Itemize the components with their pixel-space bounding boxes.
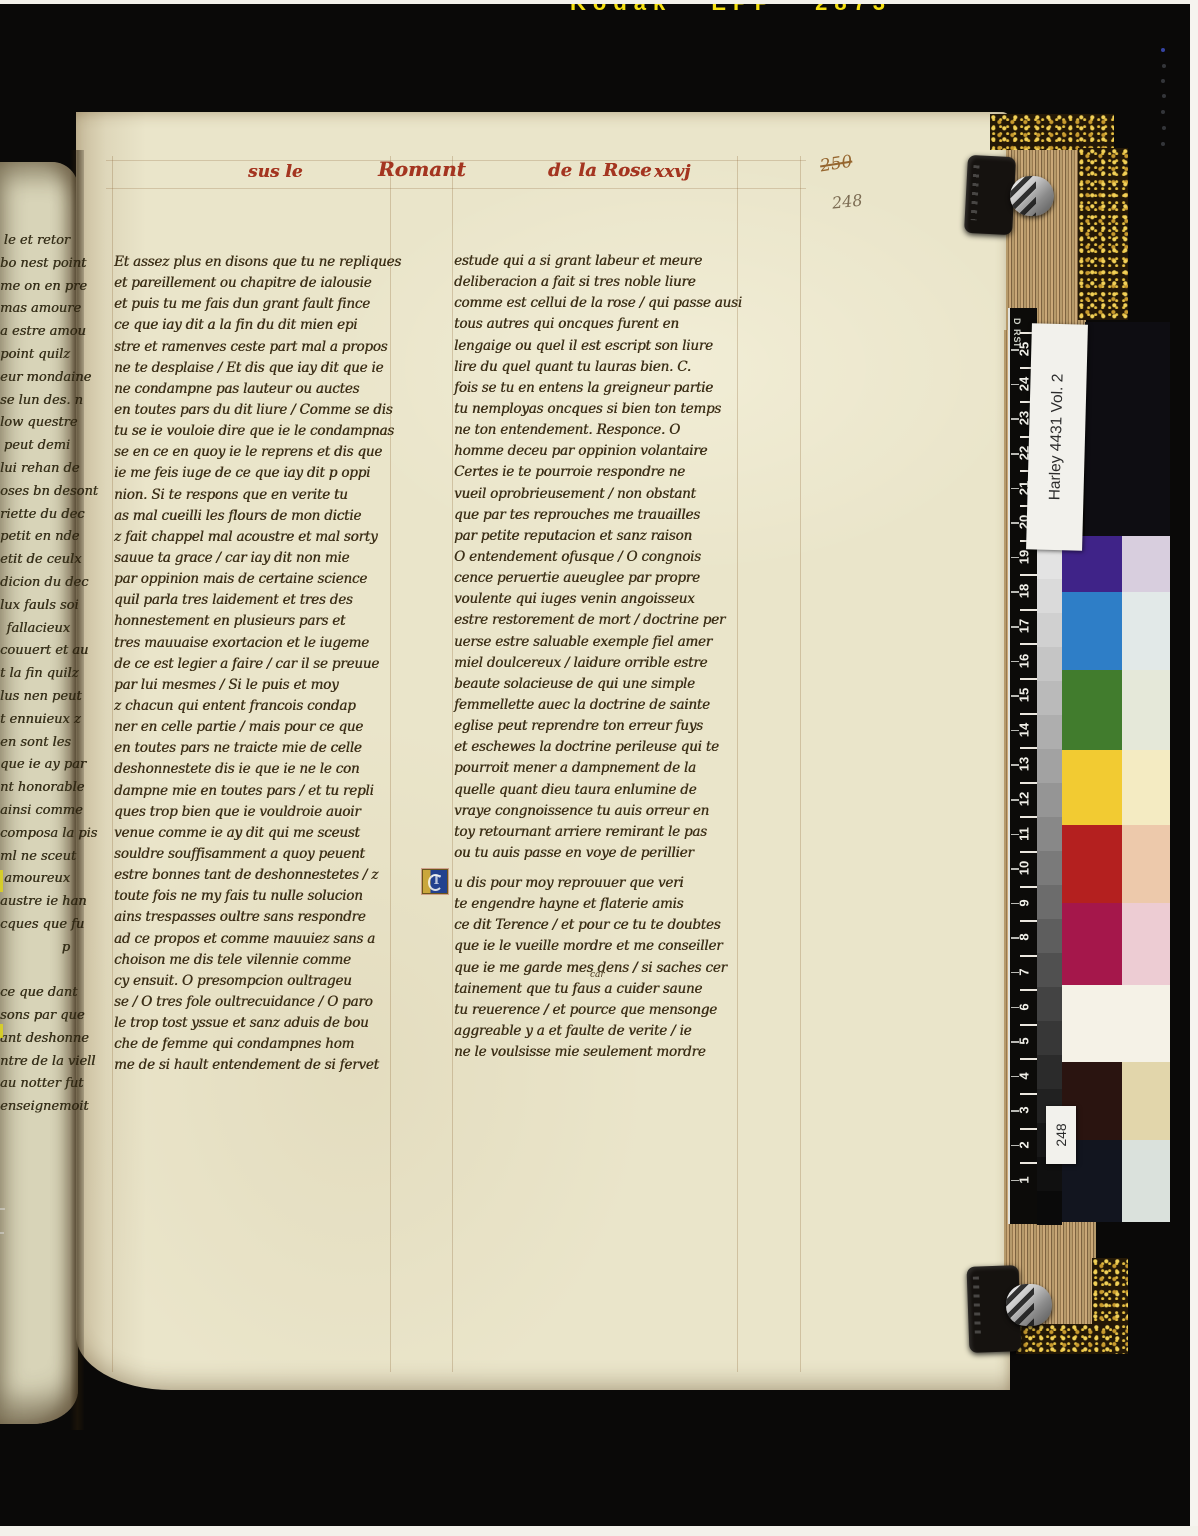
- manuscript-text-line: te engendre hayne et flaterie amis: [454, 894, 740, 915]
- manuscript-text-line: ad ce propos et comme mauuiez sans a: [114, 929, 396, 950]
- grayscale-step: [1037, 817, 1062, 851]
- grayscale-step: [1037, 783, 1062, 817]
- grayscale-step: [1037, 1191, 1062, 1225]
- color-patch-saturated: [1062, 985, 1122, 1062]
- manuscript-text-line: se en ce en quoy ie le reprens et dis qu…: [114, 442, 396, 463]
- manuscript-text-line: [0, 960, 70, 983]
- manuscript-text-line: me on en pre: [0, 276, 70, 299]
- manuscript-text-line: bo nest point: [0, 253, 70, 276]
- manuscript-text-line: par lui mesmes / Si le puis et moy: [114, 675, 396, 696]
- manuscript-text-line: fallacieux: [0, 618, 70, 641]
- edge-tab-sliver: [0, 1024, 3, 1038]
- gilded-top-edge: [990, 114, 1114, 150]
- patch-row: [1062, 1140, 1170, 1222]
- manuscript-text-line: ne condampne pas lauteur ou auctes: [114, 379, 396, 400]
- manuscript-text-line: vraye congnoissence tu auis orreur en: [454, 801, 740, 822]
- ruling-line: [112, 156, 113, 1372]
- ruler-unit: 7: [1010, 955, 1037, 990]
- manuscript-text-line: etit de ceulx: [0, 549, 70, 572]
- shelfmark-text: Harley 4431 Vol. 2: [1046, 373, 1067, 500]
- manuscript-text-line: pourroit mener a dampnement de la: [454, 758, 740, 779]
- ruler-number: 16: [1016, 653, 1031, 667]
- manuscript-text-line: sauue ta grace / car iay dit non mie: [114, 548, 396, 569]
- manuscript-text-line: ce que dant: [0, 982, 70, 1005]
- manuscript-text-line: composa la pis: [0, 823, 70, 846]
- manuscript-text-line: uerse estre saluable exemple fiel amer: [454, 632, 740, 653]
- color-patch-pastel: [1122, 985, 1170, 1062]
- manuscript-text-line: low questre: [0, 412, 70, 435]
- ruler-unit: 11: [1010, 816, 1037, 851]
- manuscript-text-line: cence peruertie aueuglee par propre: [454, 568, 740, 589]
- grayscale-step: [1037, 715, 1062, 749]
- manuscript-text-line: riette du dec: [0, 504, 70, 527]
- ruler-unit: 4: [1010, 1058, 1037, 1093]
- interline-correction: car: [590, 970, 605, 980]
- manuscript-text-line: p: [0, 937, 70, 960]
- ruler-number: 25: [1016, 342, 1031, 356]
- color-patch-pastel: [1122, 750, 1170, 825]
- color-patch-pastel: [1122, 1140, 1170, 1222]
- film-photograph: Kodak EPP 2873 le et retorbo nest pointm…: [0, 0, 1198, 1536]
- grayscale-step: [1037, 885, 1062, 919]
- manuscript-text-line: ie me feis iuge de ce que iay dit p oppi: [114, 463, 396, 484]
- manuscript-text-line: au notter fut: [0, 1073, 70, 1096]
- manuscript-text-line: petit en nde: [0, 526, 70, 549]
- manuscript-text-line: ntre de la viell: [0, 1051, 70, 1074]
- film-edge-mark: [0, 1232, 4, 1234]
- manuscript-text-line: le trop tost yssue et sanz aduis de bou: [114, 1013, 396, 1034]
- manuscript-text-line: dampne mie en toutes pars / et tu repli: [114, 781, 396, 802]
- manuscript-text-line: ant deshonne: [0, 1028, 70, 1051]
- ruler-number: 10: [1016, 861, 1031, 875]
- color-patch-saturated: [1062, 750, 1122, 825]
- manuscript-text-line: che de femme qui condampnes hom: [114, 1034, 396, 1055]
- manuscript-text-line: ainsi comme: [0, 800, 70, 823]
- gilded-side-edge: [1078, 148, 1128, 320]
- running-header-right: de la Rose: [548, 160, 652, 181]
- film-edge-dot: [1161, 79, 1165, 83]
- manuscript-text-line: quil parla tres laidement et tres des: [114, 590, 396, 611]
- ruler-unit: 9: [1010, 886, 1037, 921]
- color-patch-saturated: [1062, 903, 1122, 985]
- ruler-number: 14: [1016, 723, 1031, 737]
- ruling-line: [106, 188, 806, 189]
- manuscript-text-line: a estre amou: [0, 321, 70, 344]
- manuscript-text-line: et pareillement ou chapitre de ialousie: [114, 273, 396, 294]
- film-edge-dot: [1161, 110, 1165, 114]
- ruling-line: [800, 156, 801, 1372]
- ruler-number: 11: [1016, 827, 1031, 841]
- manuscript-text-line: comme est cellui de la rose / qui passe …: [454, 293, 740, 314]
- ruling-line: [452, 156, 453, 1372]
- manuscript-text-line: as mal cueilli les flours de mon dictie: [114, 506, 396, 527]
- manuscript-text-line: par oppinion mais de certaine science: [114, 569, 396, 590]
- color-patch-pastel: [1122, 536, 1170, 592]
- manuscript-text-line: t ennuieux z: [0, 709, 70, 732]
- manuscript-text-line: que ie ay par: [0, 754, 70, 777]
- ruler-number: 12: [1016, 792, 1031, 806]
- manuscript-text-line: u dis pour moy reprouuer que veri: [454, 873, 740, 894]
- manuscript-text-line: estre bonnes tant de deshonnestetes / z: [114, 865, 396, 886]
- color-patch-saturated: [1062, 825, 1122, 903]
- manuscript-text-line: sons par que: [0, 1005, 70, 1028]
- manuscript-text-line: toy retournant arriere remirant le pas: [454, 822, 740, 843]
- manuscript-text-line: tu nemployas oncques si bien ton temps: [454, 399, 740, 420]
- manuscript-page: sus le Romant de la Rose xxvj 250 248 Et…: [76, 112, 1010, 1390]
- manuscript-text-line: par petite reputacion et sanz raison: [454, 526, 740, 547]
- manuscript-text-line: vueil oprobrieusement / non obstant: [454, 484, 740, 505]
- ruler-number: 5: [1016, 1038, 1031, 1045]
- ruler-unit: 15: [1010, 678, 1037, 713]
- gutter-shadow: [70, 150, 84, 1430]
- ruler-unit: 1: [1010, 1162, 1037, 1197]
- film-edge-dot: [1162, 94, 1166, 98]
- manuscript-text-line: z fait chappel mal acoustre et mal sorty: [114, 527, 396, 548]
- manuscript-text-line: deliberacion a fait si tres noble liure: [454, 272, 740, 293]
- film-edge-dot: [1162, 126, 1166, 130]
- manuscript-text-line: deshonnestete dis ie que ie ne le con: [114, 759, 396, 780]
- manuscript-text-line: estre restorement de mort / doctrine per: [454, 610, 740, 631]
- folio-number-struck: 250: [819, 152, 854, 177]
- ruler-unit: 14: [1010, 713, 1037, 748]
- grayscale-step: [1037, 851, 1062, 885]
- text-column-2-paragraph-2: u dis pour moy reprouuer que verite enge…: [454, 873, 740, 1063]
- folio-label-text: 248: [1053, 1123, 1069, 1146]
- manuscript-text-line: Certes ie te pourroie respondre ne: [454, 462, 740, 483]
- manuscript-text-line: tu reuerence / et pource que mensonge: [454, 1000, 740, 1021]
- color-patch-pastel: [1122, 670, 1170, 750]
- manuscript-text-line: tous autres qui oncques furent en: [454, 314, 740, 335]
- manuscript-text-line: t la fin quilz: [0, 663, 70, 686]
- ruler-unit: 8: [1010, 920, 1037, 955]
- manuscript-text-line: toute fois ne my fais tu nulle solucion: [114, 886, 396, 907]
- manuscript-text-line: ner en celle partie / mais pour ce que: [114, 717, 396, 738]
- ruler-unit: 16: [1010, 643, 1037, 678]
- photo-border: [0, 0, 1198, 4]
- page-clip-top: [964, 155, 1016, 235]
- manuscript-text-line: se / O tres fole oultrecuidance / O paro: [114, 992, 396, 1013]
- folio-number: 248: [831, 190, 863, 212]
- manuscript-text-line: ou tu auis passe en voye de perillier: [454, 843, 740, 864]
- manuscript-text-line: souldre souffisamment a quoy peuent: [114, 844, 396, 865]
- ruler-number: 19: [1016, 550, 1031, 564]
- manuscript-text-line: peut demi: [0, 435, 70, 458]
- photo-border: [0, 1526, 1198, 1536]
- manuscript-text-line: ml ne sceut: [0, 846, 70, 869]
- manuscript-text-line: point quilz: [0, 344, 70, 367]
- gilded-bottom-edge: [1016, 1324, 1112, 1354]
- folio-number-label: 248: [1046, 1106, 1076, 1164]
- manuscript-text-line: en toutes pars du dit liure / Comme se d…: [114, 400, 396, 421]
- ruler-number: 24: [1016, 377, 1031, 391]
- manuscript-text-line: et eschewes la doctrine perileuse qui te: [454, 737, 740, 758]
- ruler-unit: 12: [1010, 782, 1037, 817]
- fore-edge-pages: [1006, 120, 1086, 332]
- manuscript-text-line: ne ton entendement. Responce. O: [454, 420, 740, 441]
- manuscript-text-line: en toutes pars ne traicte mie de celle: [114, 738, 396, 759]
- manuscript-text-line: ques trop bien que ie vouldroie auoir: [114, 802, 396, 823]
- ruler-unit: 18: [1010, 574, 1037, 609]
- manuscript-text-line: tu se ie vouloie dire que ie le condampn…: [114, 421, 396, 442]
- ruler-number: 1: [1016, 1176, 1031, 1183]
- manuscript-text-line: voulente qui iuges venin angoisseux: [454, 589, 740, 610]
- manuscript-text-line: oses bn desont: [0, 481, 70, 504]
- manuscript-text-line: lengaige ou quel il est escript son liur…: [454, 336, 740, 357]
- ruler-unit: 13: [1010, 747, 1037, 782]
- manuscript-text-line: z chacun qui entent francois condap: [114, 696, 396, 717]
- manuscript-text-line: que ie le vueille mordre et me conseille…: [454, 936, 740, 957]
- ruler-number: 2: [1016, 1141, 1031, 1148]
- ruler-number: 7: [1016, 968, 1031, 975]
- film-edge-dot: [1161, 142, 1165, 146]
- text-column-1: Et assez plus en disons que tu ne repliq…: [114, 252, 396, 1076]
- manuscript-text-line: que par tes reprouches me trauailles: [454, 505, 740, 526]
- left-page-fragment: le et retorbo nest pointme on en premas …: [0, 230, 70, 1119]
- ruler-unit: 6: [1010, 989, 1037, 1024]
- color-calibration-bar: D RSI 25 24 23 22 21 20 19 18: [1008, 308, 1170, 1224]
- text-column-2: estude qui a si grant labeur et meuredel…: [454, 251, 740, 864]
- color-patch-pastel: [1122, 1062, 1170, 1140]
- manuscript-text-line: couuert et au: [0, 640, 70, 663]
- manuscript-text-line: lux fauls soi: [0, 595, 70, 618]
- manuscript-text-line: eglise peut reprendre ton erreur fuys: [454, 716, 740, 737]
- manuscript-text-line: lire du quel quant tu lauras bien. C.: [454, 357, 740, 378]
- color-patch-pastel: [1122, 903, 1170, 985]
- patch-row: [1062, 903, 1170, 985]
- grayscale-step: [1037, 919, 1062, 953]
- grayscale-step: [1037, 987, 1062, 1021]
- manuscript-text-line: quelle quant dieu taura enlumine de: [454, 780, 740, 801]
- manuscript-text-line: ne te desplaise / Et dis que iay dit que…: [114, 358, 396, 379]
- manuscript-text-line: Et assez plus en disons que tu ne repliq…: [114, 252, 396, 273]
- manuscript-text-line: enseignemoit: [0, 1096, 70, 1119]
- grayscale-step: [1037, 579, 1062, 613]
- manuscript-text-line: O entendement ofusque / O congnois: [454, 547, 740, 568]
- ruler-unit: 17: [1010, 609, 1037, 644]
- manuscript-text-line: nion. Si te respons que en verite tu: [114, 485, 396, 506]
- manuscript-text-line: et puis tu me fais dun grant fault fince: [114, 294, 396, 315]
- running-header-title: Romant: [378, 157, 466, 181]
- ruler-number: 6: [1016, 1003, 1031, 1010]
- manuscript-text-line: aggreable y a et faulte de verite / ie: [454, 1021, 740, 1042]
- manuscript-text-line: choison me dis tele vilennie comme: [114, 950, 396, 971]
- manuscript-text-line: ne le voulsisse mie seulement mordre: [454, 1042, 740, 1063]
- grayscale-step: [1037, 1021, 1062, 1055]
- grayscale-step: [1037, 613, 1062, 647]
- film-edge-mark: [0, 1208, 5, 1210]
- manuscript-text-line: ains trespasses oultre sans respondre: [114, 907, 396, 928]
- manuscript-text-line: estude qui a si grant labeur et meure: [454, 251, 740, 272]
- manuscript-text-line: cy ensuit. O presompcion oultrageu: [114, 971, 396, 992]
- patch-row: [1062, 670, 1170, 750]
- film-edge-dot: [1161, 48, 1165, 52]
- patch-row: [1062, 1062, 1170, 1140]
- manuscript-text-line: en sont les: [0, 732, 70, 755]
- manuscript-text-line: se lun des. n: [0, 390, 70, 413]
- grayscale-step: [1037, 681, 1062, 715]
- manuscript-text-line: lus nen peut: [0, 686, 70, 709]
- grayscale-step: [1037, 953, 1062, 987]
- black-reference-patch: [1085, 322, 1170, 536]
- manuscript-text-line: homme deceu par oppinion volantaire: [454, 441, 740, 462]
- color-patch-saturated: [1062, 670, 1122, 750]
- patch-row: [1062, 592, 1170, 670]
- color-patch-saturated: [1062, 592, 1122, 670]
- clip-roller-bottom: [1006, 1284, 1052, 1326]
- patch-row: [1062, 985, 1170, 1062]
- manuscript-text-line: venue comme ie ay dit qui me sceust: [114, 823, 396, 844]
- manuscript-text-line: nt honorable: [0, 777, 70, 800]
- grayscale-step: [1037, 749, 1062, 783]
- ruler-unit: 2: [1010, 1128, 1037, 1163]
- shelfmark-label: Harley 4431 Vol. 2: [1026, 323, 1088, 550]
- illuminated-initial: T: [422, 869, 448, 894]
- patch-row: [1062, 825, 1170, 903]
- manuscript-text-line: lui rehan de: [0, 458, 70, 481]
- manuscript-text-line: cques que fu: [0, 914, 70, 937]
- manuscript-text-line: me de si hault entendement de si fervet: [114, 1055, 396, 1076]
- photo-border: [1190, 0, 1198, 1536]
- manuscript-text-line: le et retor: [0, 230, 70, 253]
- ruler-number: 18: [1016, 584, 1031, 598]
- manuscript-text-line: beaute solacieuse de qui une simple: [454, 674, 740, 695]
- manuscript-text-line: ce que iay dit a la fin du dit mien epi: [114, 315, 396, 336]
- manuscript-text-line: stre et ramenves ceste part mal a propos: [114, 337, 396, 358]
- manuscript-text-line: tainement que tu faus a cuider saune: [454, 979, 740, 1000]
- ruler-unit: 10: [1010, 851, 1037, 886]
- manuscript-text-line: femmellette auec la doctrine de sainte: [454, 695, 740, 716]
- patch-row: [1062, 750, 1170, 825]
- ruler-number: 3: [1016, 1107, 1031, 1114]
- ruler-number: 13: [1016, 757, 1031, 771]
- manuscript-text-line: de ce est legier a faire / car il se pre…: [114, 654, 396, 675]
- ruler-number: 8: [1016, 934, 1031, 941]
- ruler-unit: 5: [1010, 1024, 1037, 1059]
- manuscript-text-line: eur mondaine: [0, 367, 70, 390]
- edge-tab-sliver: [0, 870, 3, 892]
- manuscript-text-line: honnestement en plusieurs pars et: [114, 611, 396, 632]
- ruler-number: 9: [1016, 899, 1031, 906]
- manuscript-text-line: mas amoure: [0, 298, 70, 321]
- color-patch-pastel: [1122, 825, 1170, 903]
- initial-letter: T: [432, 873, 441, 887]
- manuscript-text-line: austre ie han: [0, 891, 70, 914]
- manuscript-text-line: fois se tu en entens la greigneur partie: [454, 378, 740, 399]
- film-edge-dot: [1162, 64, 1166, 68]
- manuscript-text-line: amoureux: [0, 868, 70, 891]
- color-patches: [1062, 536, 1170, 1222]
- ruler-unit: 3: [1010, 1093, 1037, 1128]
- manuscript-text-line: tres mauuaise exortacion et le iugeme: [114, 633, 396, 654]
- manuscript-text-line: ce dit Terence / et pour ce tu te doubte…: [454, 915, 740, 936]
- manuscript-text-line: miel doulcereux / laidure orrible estre: [454, 653, 740, 674]
- color-patch-pastel: [1122, 592, 1170, 670]
- grayscale-step: [1037, 647, 1062, 681]
- running-header-chapter: xxvj: [654, 162, 690, 182]
- running-header-left: sus le: [248, 162, 303, 182]
- clip-roller-top: [1010, 176, 1054, 216]
- ruler-number: 17: [1016, 619, 1031, 633]
- manuscript-text-line: dicion du dec: [0, 572, 70, 595]
- ruler-number: 15: [1016, 688, 1031, 702]
- grayscale-step: [1037, 1055, 1062, 1089]
- ruler-number: 4: [1016, 1072, 1031, 1079]
